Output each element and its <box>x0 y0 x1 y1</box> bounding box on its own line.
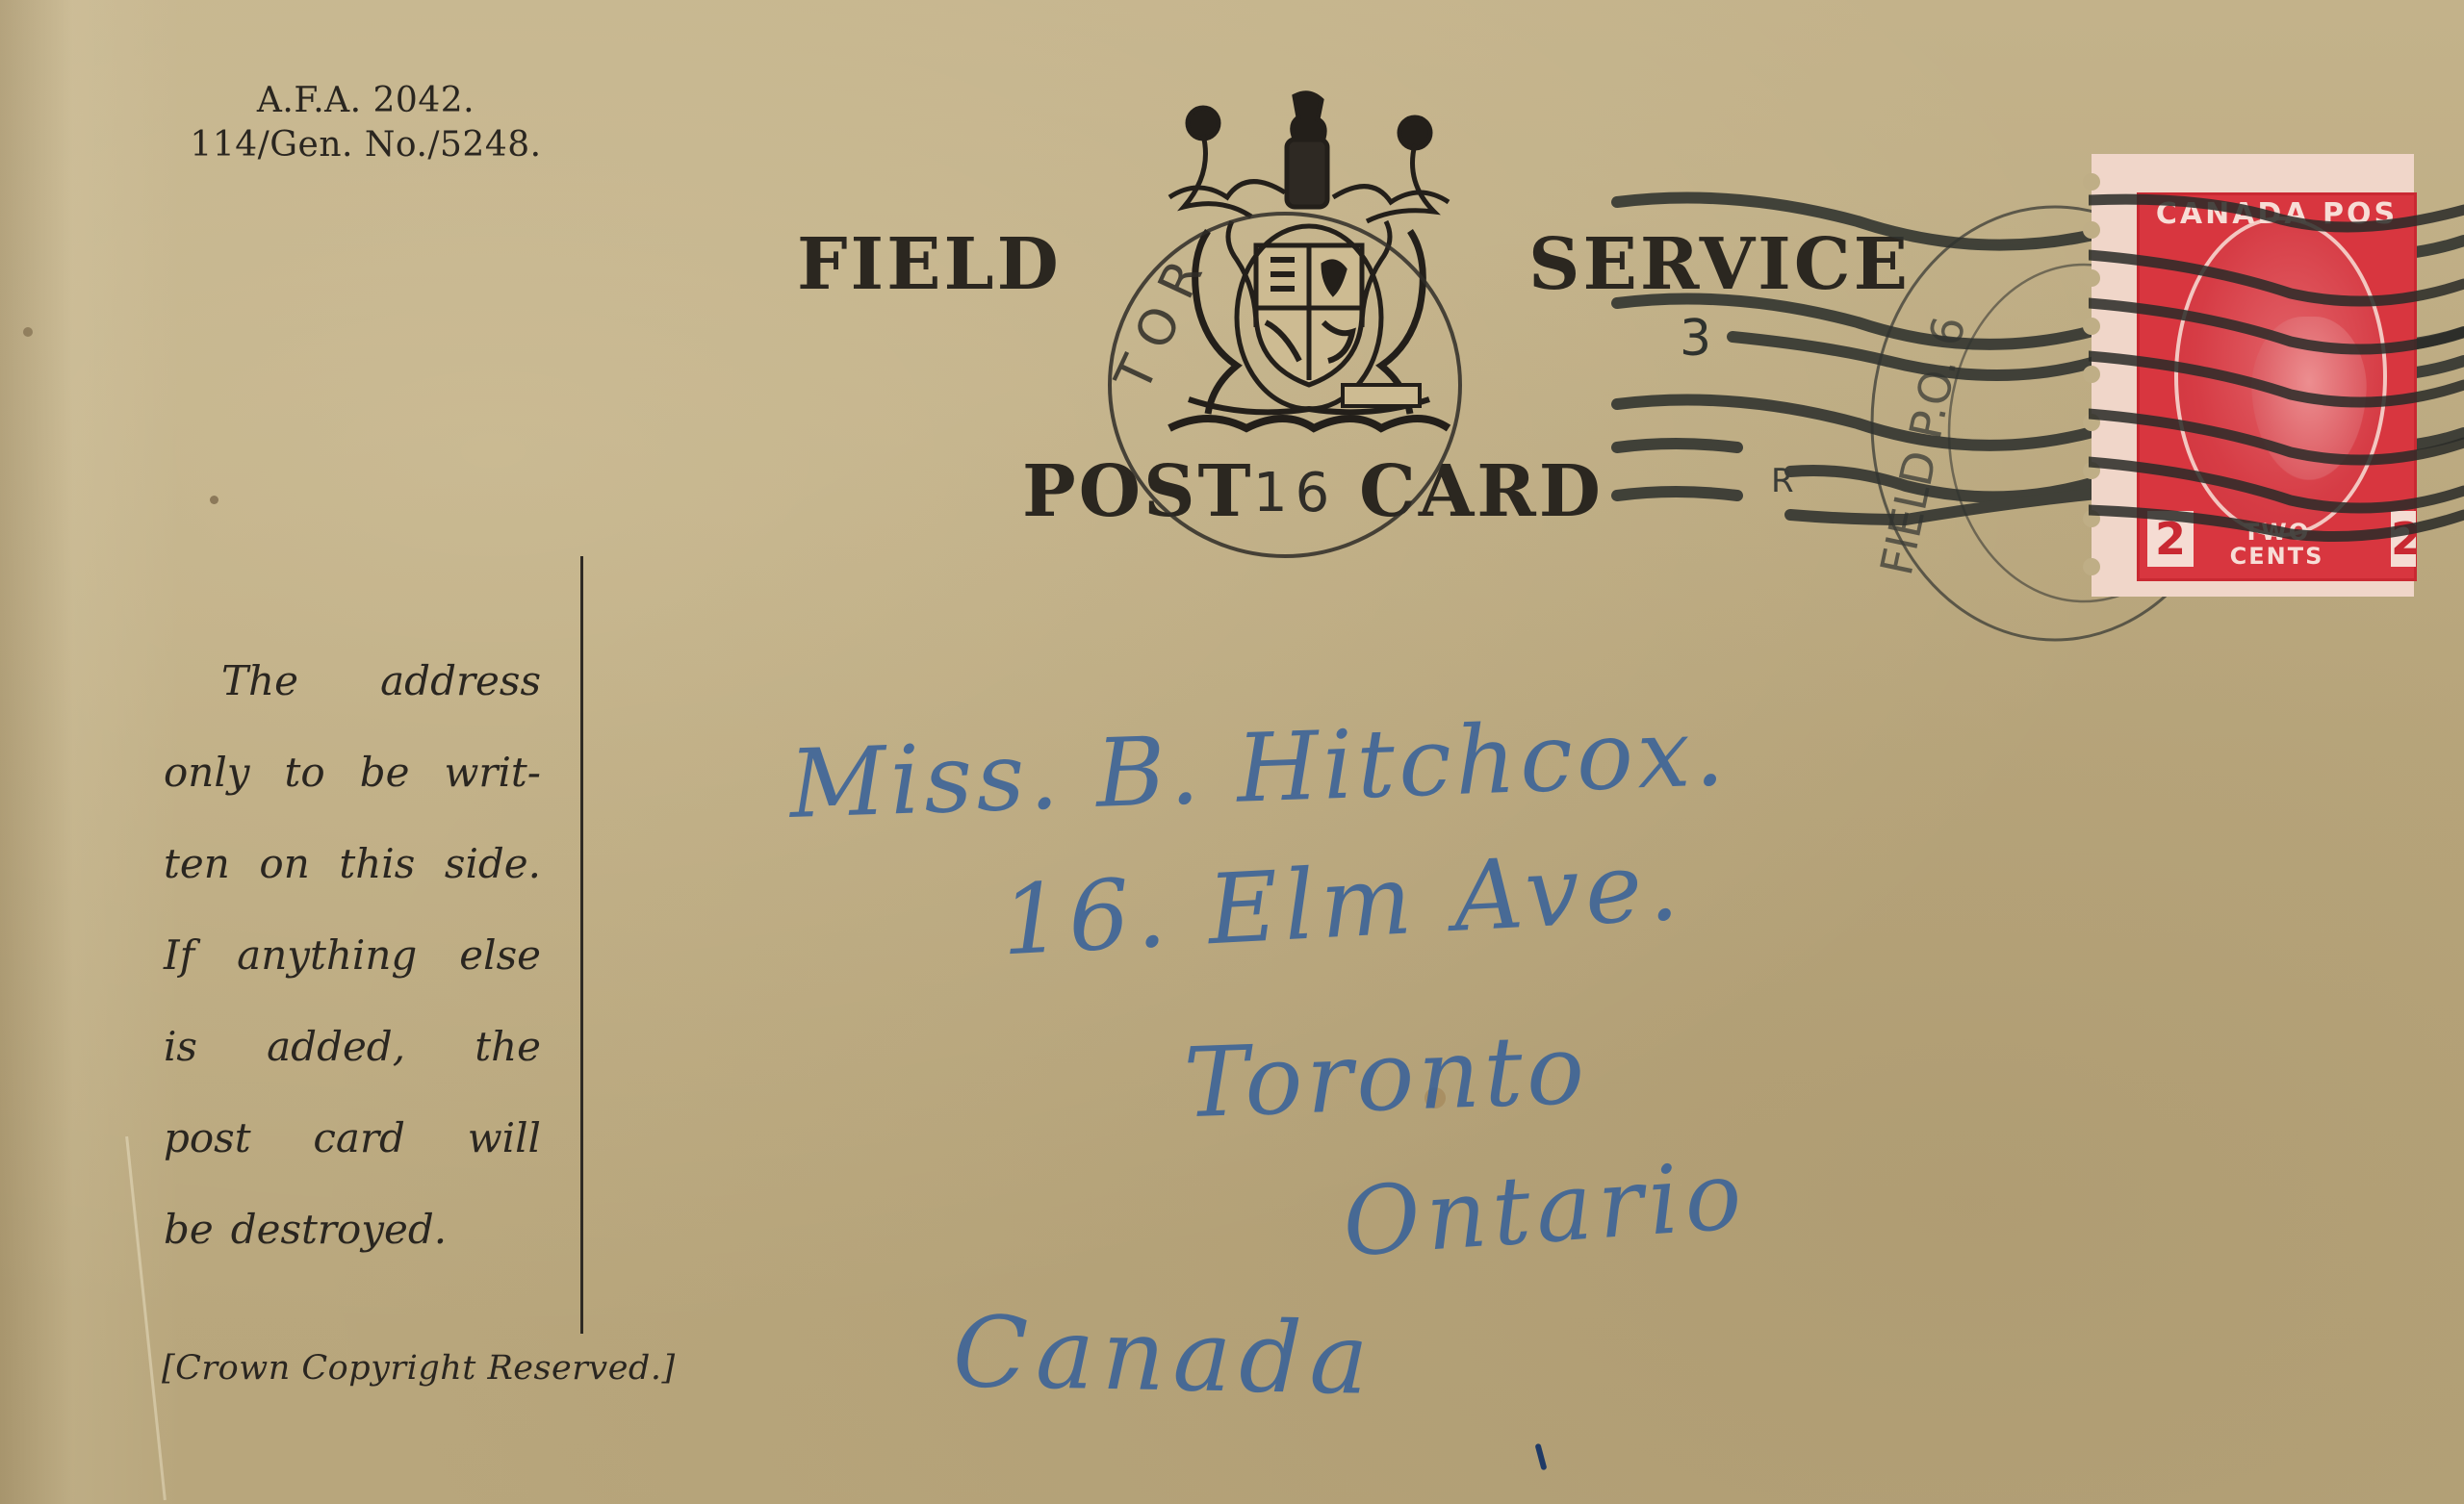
instruction-line: If anything else <box>164 909 541 1001</box>
recipient-name: Miss. B. Hitchcox. <box>787 698 1730 840</box>
city: Toronto <box>1182 1013 1590 1140</box>
paper-stain <box>210 496 218 504</box>
instruction-line: ten on this side. <box>164 818 541 909</box>
postmark-date: 16 <box>1253 462 1337 524</box>
paper-stain <box>23 327 33 337</box>
crown-copyright: [Crown Copyright Reserved.] <box>162 1349 676 1388</box>
worn-left-edge <box>0 0 183 1504</box>
vertical-divider <box>580 556 583 1334</box>
province: Ontario <box>1340 1140 1751 1278</box>
perforation <box>2083 558 2100 575</box>
instruction-word: is <box>164 1001 197 1092</box>
general-number: 114/Gen. No./5248. <box>164 123 568 167</box>
address-instructions: The address only to be writ- ten on this… <box>164 635 541 1275</box>
instruction-word: card <box>313 1092 405 1184</box>
instruction-word: anything <box>237 909 417 1001</box>
instruction-word: only <box>164 727 250 818</box>
instruction-word: added, <box>267 1001 405 1092</box>
form-number: A.F.A. 2042. <box>164 79 568 123</box>
instruction-line: only to be writ- <box>164 727 541 818</box>
cancel-letter: R <box>1771 462 1794 500</box>
instruction-word: The <box>221 635 298 727</box>
instruction-line: be destroyed. <box>164 1184 541 1275</box>
instruction-word: writ- <box>444 727 541 818</box>
instruction-line: is added, the <box>164 1001 541 1092</box>
instruction-word: side. <box>445 818 541 909</box>
instruction-word: to <box>285 727 325 818</box>
instruction-line: post card will <box>164 1092 541 1184</box>
instruction-word: be <box>164 1184 214 1275</box>
instruction-word: ten <box>164 818 230 909</box>
country: Canada <box>952 1295 1376 1417</box>
postcard: A.F.A. 2042. 114/Gen. No./5248. FIELD SE… <box>0 0 2464 1504</box>
instruction-word: on <box>259 818 309 909</box>
instruction-word: else <box>459 909 541 1001</box>
form-reference: A.F.A. 2042. 114/Gen. No./5248. <box>164 79 568 167</box>
instruction-word: post <box>164 1092 251 1184</box>
instruction-word: destroyed. <box>231 1184 447 1275</box>
instruction-line: The address <box>164 635 541 727</box>
street-address: 16. Elm Ave. <box>998 828 1686 977</box>
instruction-word: address <box>380 635 541 727</box>
cancel-number: 3 <box>1680 310 1711 368</box>
title-field: FIELD <box>797 223 1062 306</box>
instruction-word: If <box>164 909 194 1001</box>
ink-mark <box>1534 1443 1547 1471</box>
instruction-word: the <box>475 1001 541 1092</box>
instruction-word: be <box>360 727 410 818</box>
stamp-cancel-lines <box>2089 183 2464 548</box>
instruction-word: will <box>468 1092 541 1184</box>
instruction-word: this <box>339 818 415 909</box>
